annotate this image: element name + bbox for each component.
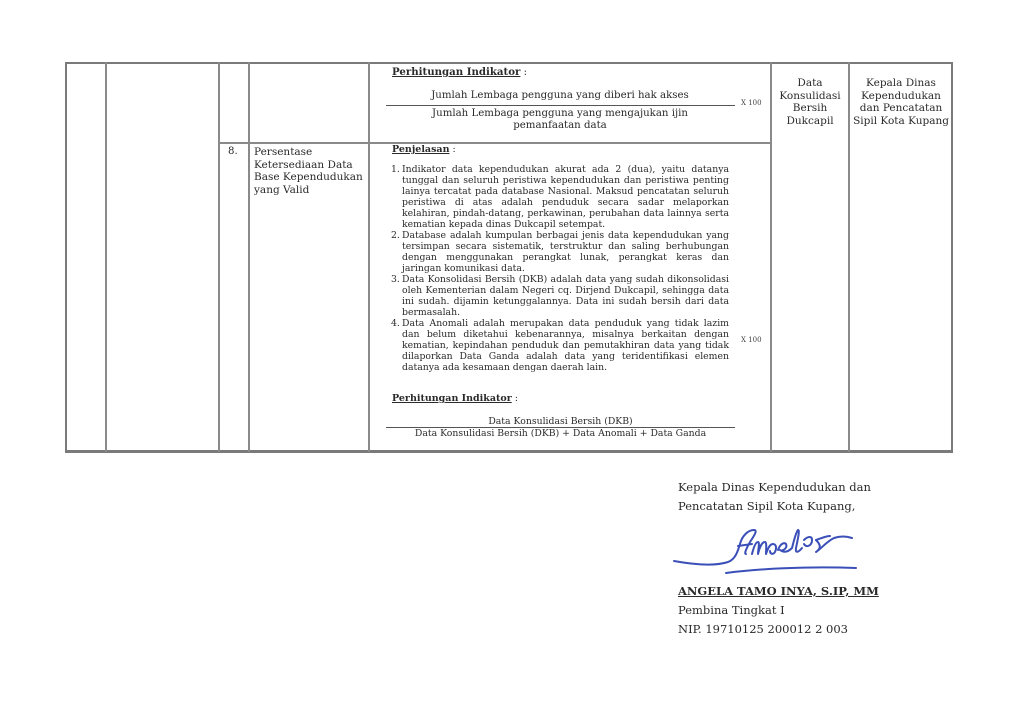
explanation-item-number: 2.	[391, 231, 400, 242]
explanation-item-text: Indikator data kependudukan akurat ada 2…	[402, 164, 729, 230]
explanation-item-number: 3.	[391, 275, 400, 286]
document-page: Perhitungan Indikator : Jumlah Lembaga p…	[0, 0, 1024, 724]
col-border-6	[848, 62, 850, 452]
signature-title-line2: Pencatatan Sipil Kota Kupang,	[678, 497, 855, 516]
explanation-item: 1.Indikator data kependudukan akurat ada…	[391, 165, 729, 231]
col-border-4	[368, 62, 370, 452]
signature-title-line1: Kepala Dinas Kependudukan dan	[678, 478, 871, 497]
signatory-nip: NIP. 19710125 200012 2 003	[678, 620, 848, 639]
row7-fraction-bar	[386, 105, 735, 106]
row8-calc-heading: Perhitungan Indikator :	[392, 393, 518, 405]
row7-numerator: Jumlah Lembaga pengguna yang diberi hak …	[386, 90, 734, 102]
row7-calc-heading: Perhitungan Indikator :	[392, 66, 527, 79]
responsible-cell: Kepala Dinas Kependudukan dan Pencatatan…	[853, 77, 949, 127]
data-source-cell: Data Konsulidasi Bersih Dukcapil	[775, 77, 845, 127]
row8-explanation-colon: :	[450, 144, 456, 155]
row8-denominator: Data Konsulidasi Bersih (DKB) + Data Ano…	[386, 428, 735, 440]
col-border-3	[248, 62, 250, 452]
explanation-item-text: Data Anomali adalah merupakan data pendu…	[402, 318, 729, 373]
row8-calc-heading-text: Perhitungan Indikator	[392, 393, 512, 404]
col-border-0	[65, 62, 67, 452]
row8-explanation-heading-text: Penjelasan	[392, 144, 450, 155]
explanation-item: 2.Database adalah kumpulan berbagai jeni…	[391, 231, 729, 275]
col-border-7	[951, 62, 953, 452]
row7-calc-heading-text: Perhitungan Indikator	[392, 66, 520, 78]
row8-explanation-list: 1.Indikator data kependudukan akurat ada…	[391, 165, 729, 374]
row8-indicator-name: Persentase Ketersediaan Data Base Kepend…	[254, 146, 366, 196]
signatory-rank: Pembina Tingkat I	[678, 601, 785, 620]
row7-multiplier: X 100	[741, 97, 762, 109]
explanation-item-number: 4.	[391, 319, 400, 330]
table-top-border	[65, 62, 953, 64]
row-divider	[218, 142, 771, 144]
row8-calc-colon: :	[512, 393, 518, 404]
handwritten-signature	[666, 518, 886, 578]
signatory-name: ANGELA TAMO INYA, S.IP, MM	[678, 582, 879, 601]
explanation-item-text: Database adalah kumpulan berbagai jenis …	[402, 230, 729, 274]
explanation-item: 3.Data Konsolidasi Bersih (DKB) adalah d…	[391, 275, 729, 319]
row8-explanation-heading: Penjelasan :	[392, 144, 456, 156]
col-border-2	[218, 62, 220, 452]
col-border-5	[770, 62, 772, 452]
explanation-item: 4.Data Anomali adalah merupakan data pen…	[391, 319, 729, 374]
row8-number: 8.	[228, 146, 238, 158]
col-border-1	[105, 62, 107, 452]
table-bottom-border	[65, 450, 953, 453]
row8-multiplier: X 100	[741, 334, 762, 346]
row7-denominator: Jumlah Lembaga pengguna yang mengajukan …	[410, 108, 710, 133]
explanation-item-text: Data Konsolidasi Bersih (DKB) adalah dat…	[402, 274, 729, 318]
row7-calc-colon: :	[520, 67, 527, 78]
explanation-item-number: 1.	[391, 165, 400, 176]
